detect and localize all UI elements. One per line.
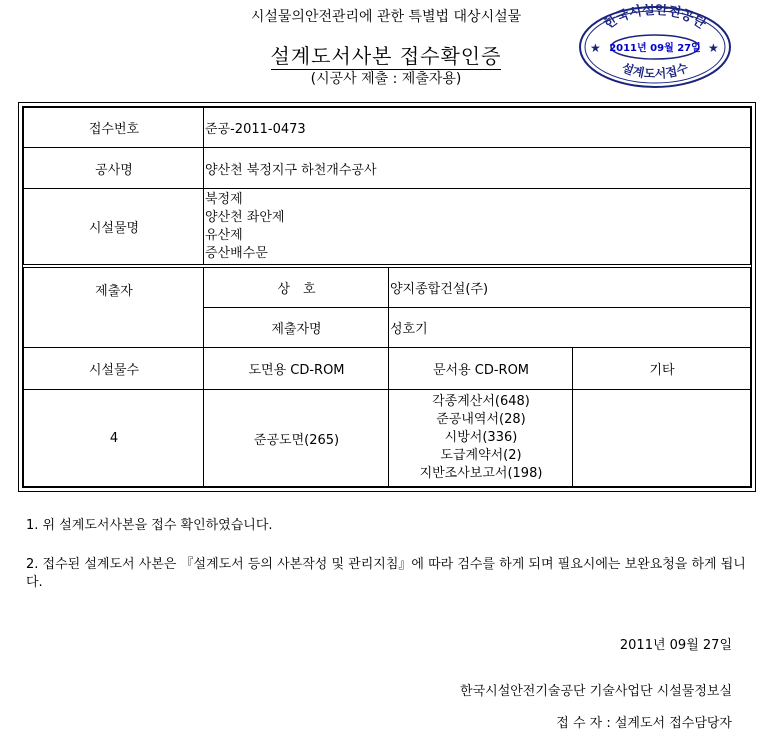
- receiver: 접 수 자 : 설계도서 접수담당자: [556, 712, 732, 731]
- count-label: 시설물수: [24, 348, 204, 390]
- page-title-text: 설계도서사본 접수확인증: [271, 44, 502, 70]
- svg-text:설계도서접수: 설계도서접수: [620, 60, 690, 81]
- row-media-values: 4 준공도면(265) 각종계산서(648) 준공내역서(28) 시방서(336…: [24, 390, 751, 487]
- receipt-form: 접수번호 준공-2011-0473 공사명 양산천 북정지구 하천개수공사 시설…: [18, 102, 756, 492]
- document-cd-list: 각종계산서(648) 준공내역서(28) 시방서(336) 도급계약서(2) 지…: [389, 390, 573, 487]
- row-media-headers: 시설물수 도면용 CD-ROM 문서용 CD-ROM 기타: [24, 348, 751, 390]
- etc-label: 기타: [573, 348, 751, 390]
- facility-list: 북정제 양산천 좌안제 유산제 증산배수문: [204, 189, 751, 265]
- facility-label: 시설물명: [24, 189, 204, 265]
- receipt-no-label: 접수번호: [24, 108, 204, 148]
- facility-item: 유산제: [205, 227, 750, 245]
- facility-item: 양산천 좌안제: [205, 209, 750, 227]
- receipt-no-value: 준공-2011-0473: [204, 108, 751, 148]
- etc-value: [573, 390, 751, 487]
- project-label: 공사명: [24, 148, 204, 189]
- document-item: 각종계산서(648): [390, 393, 572, 411]
- document-cd-label: 문서용 CD-ROM: [389, 348, 573, 390]
- drawing-cd-value: 준공도면(265): [204, 390, 389, 487]
- document-item: 시방서(336): [390, 429, 572, 447]
- document-item: 지반조사보고서(198): [390, 465, 572, 483]
- company-label: 상 호: [204, 268, 389, 308]
- issue-date: 2011년 09월 27일: [620, 634, 732, 653]
- submitter-label: 제출자: [24, 268, 204, 348]
- svg-text:★: ★: [708, 41, 719, 55]
- company-value: 양지종합건설(주): [389, 268, 751, 308]
- svg-text:한국시설안전공단: 한국시설안전공단: [601, 4, 709, 33]
- document-item: 도급계약서(2): [390, 447, 572, 465]
- project-value: 양산천 북정지구 하천개수공사: [204, 148, 751, 189]
- document-item: 준공내역서(28): [390, 411, 572, 429]
- stamp-seal-icon: 한국시설안전공단 설계도서접수 2011년 09월 27일 ★ ★: [577, 4, 733, 90]
- submitter-name-value: 성호기: [389, 308, 751, 348]
- count-value: 4: [24, 390, 204, 487]
- facility-item: 증산배수문: [205, 245, 750, 263]
- receipt-table: 접수번호 준공-2011-0473 공사명 양산천 북정지구 하천개수공사 시설…: [23, 107, 751, 487]
- row-facility: 시설물명 북정제 양산천 좌안제 유산제 증산배수문: [24, 189, 751, 265]
- drawing-cd-label: 도면용 CD-ROM: [204, 348, 389, 390]
- svg-text:★: ★: [590, 41, 601, 55]
- facility-item: 북정제: [205, 191, 750, 209]
- note-1: 1. 위 설계도서사본을 접수 확인하였습니다.: [26, 514, 273, 533]
- receipt-stamp: 한국시설안전공단 설계도서접수 2011년 09월 27일 ★ ★: [577, 4, 733, 90]
- issuing-organization: 한국시설안전기술공단 기술사업단 시설물정보실: [460, 680, 732, 699]
- submitter-name-label: 제출자명: [204, 308, 389, 348]
- row-project: 공사명 양산천 북정지구 하천개수공사: [24, 148, 751, 189]
- svg-text:2011년 09월 27일: 2011년 09월 27일: [609, 41, 701, 54]
- row-receipt-no: 접수번호 준공-2011-0473: [24, 108, 751, 148]
- row-company: 제출자 상 호 양지종합건설(주): [24, 268, 751, 308]
- note-2: 2. 접수된 설계도서 사본은 『설계도서 등의 사본작성 및 관리지침』에 따…: [26, 556, 756, 592]
